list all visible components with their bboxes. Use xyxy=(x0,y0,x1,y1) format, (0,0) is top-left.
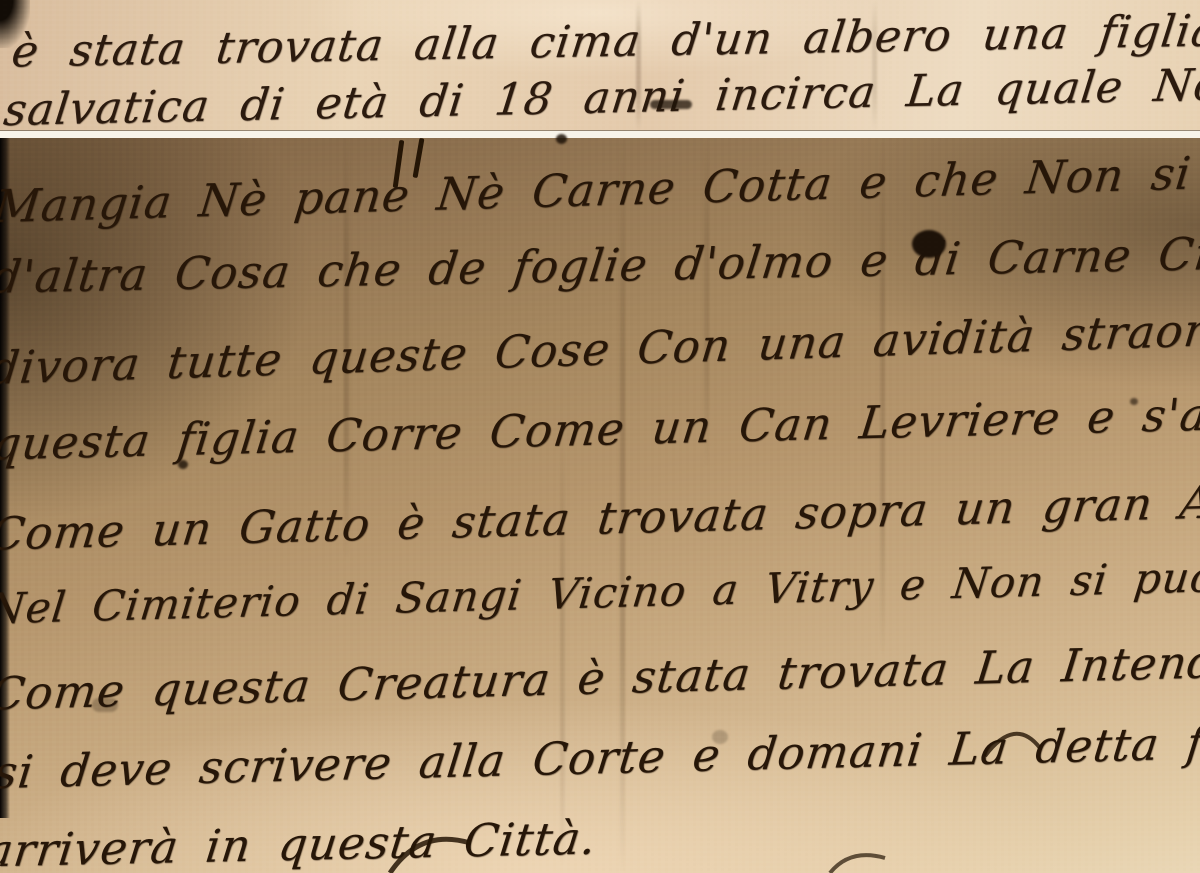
stain xyxy=(92,698,118,712)
ink-blot xyxy=(912,230,946,258)
manuscript-line: d'altra Cosa che de foglie d'olmo e di C… xyxy=(0,225,1200,303)
manuscript-line: Nel Cimiterio di Sangi Vicino a Vitry e … xyxy=(0,548,1200,634)
ink-smear xyxy=(650,100,692,109)
manuscript-line: Come questa Creatura è stata trovata La … xyxy=(0,632,1200,720)
manuscript-line: si deve scrivere alla Corte e domani La … xyxy=(0,714,1200,799)
stain xyxy=(712,730,728,744)
manuscript-line: Mangia Nè pane Nè Carne Cotta e che Non … xyxy=(0,140,1200,233)
ink-speck xyxy=(556,134,567,144)
manuscript-line: Come un Gatto è stata trovata sopra un g… xyxy=(0,472,1200,560)
scan-separator-band xyxy=(0,131,1200,138)
manuscript-page: è stata trovata alla cima d'un albero un… xyxy=(0,0,1200,873)
ink-speck xyxy=(1130,398,1138,405)
top-fragment: è stata trovata alla cima d'un albero un… xyxy=(0,0,1200,131)
manuscript-line: divora tutte queste Cose Con una avidità… xyxy=(0,298,1200,395)
main-fragment: Mangia Nè pane Nè Carne Cotta e che Non … xyxy=(0,138,1200,873)
manuscript-line: questa figlia Corre Come un Can Levriere… xyxy=(0,382,1200,470)
ink-speck xyxy=(178,460,188,469)
manuscript-line: arriverà in questa Città. xyxy=(0,812,600,873)
